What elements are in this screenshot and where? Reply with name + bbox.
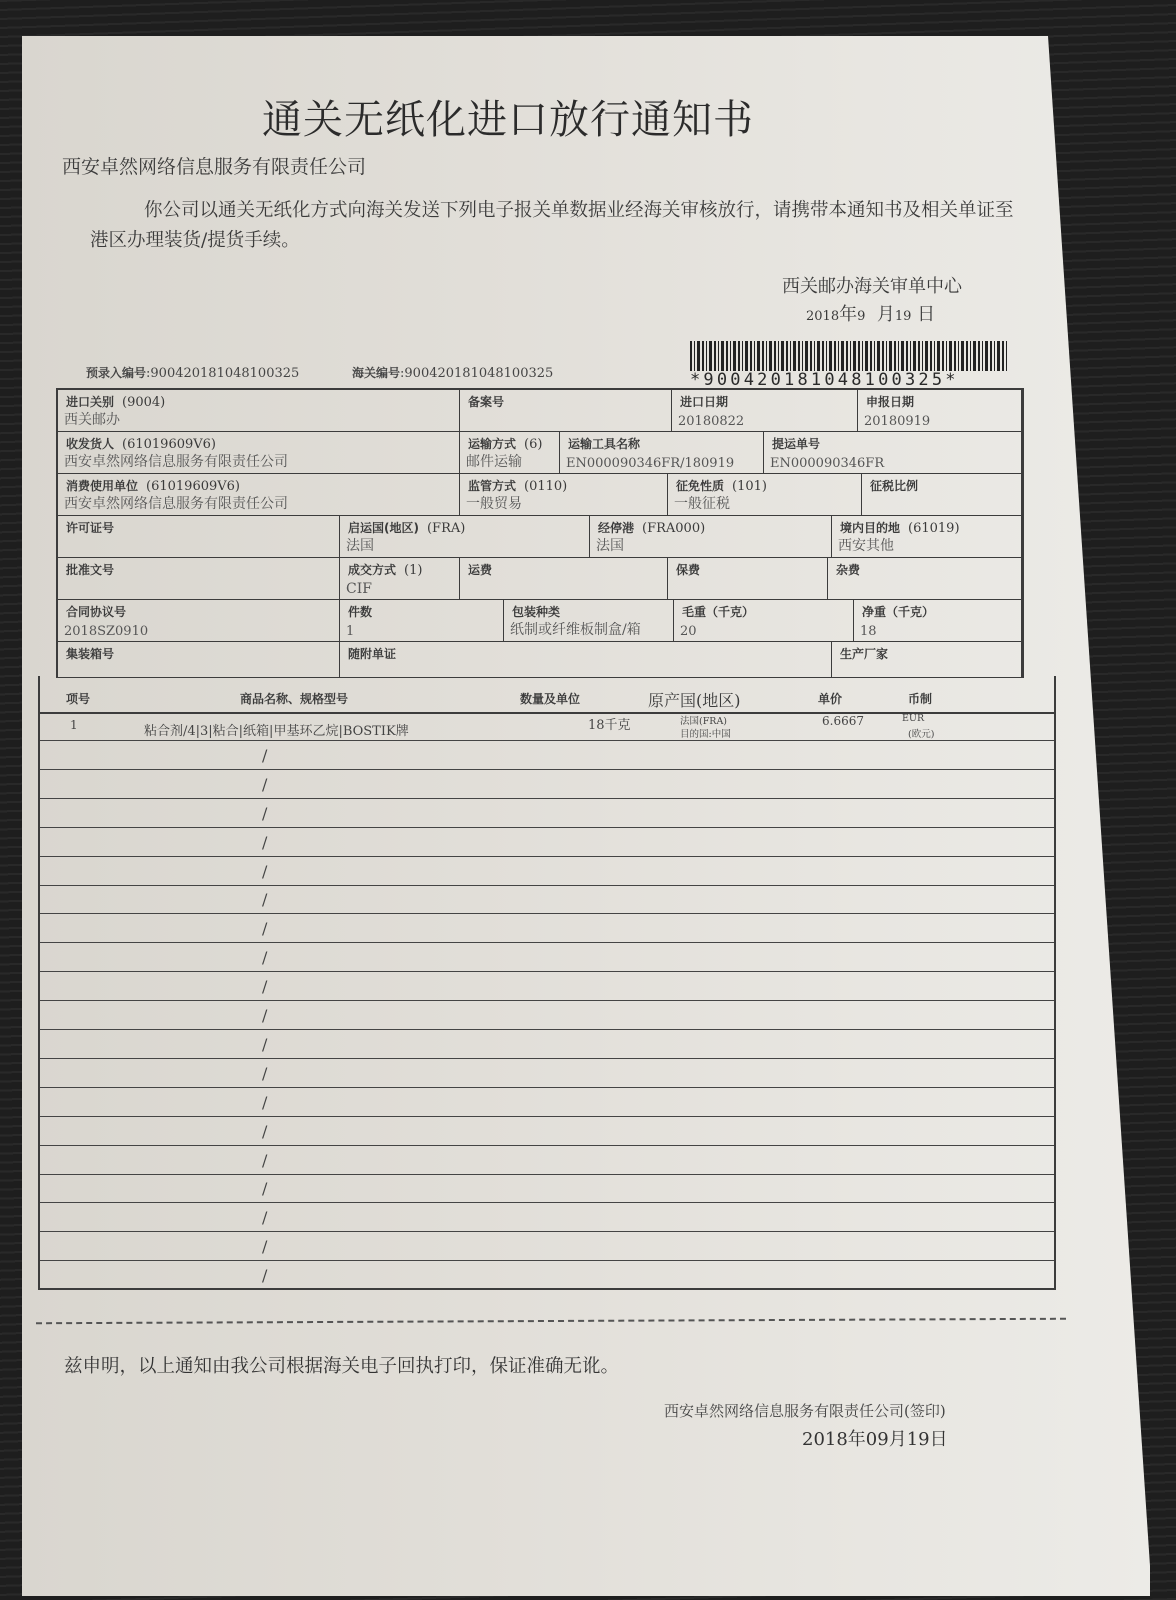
customs-number: 海关编号:900420181048100325	[352, 364, 553, 381]
empty-marker: /	[262, 833, 267, 852]
field-label: 境内目的地(61019)	[840, 519, 960, 536]
field-label: 净重（千克）	[862, 603, 934, 620]
field-packages: 件数1	[340, 600, 504, 642]
field-code: (1)	[404, 563, 422, 578]
field-import-date: 进口日期20180822	[672, 390, 858, 432]
table-row-empty: /	[40, 885, 1054, 914]
field-label: 合同协议号	[66, 603, 126, 620]
issue-year: 2018	[806, 309, 839, 324]
field-consignee: 收发货人(61019609V6)西安卓然网络信息服务有限责任公司	[58, 432, 460, 474]
field-label: 包装种类	[512, 603, 560, 620]
field-destination: 境内目的地(61019)西安其他	[832, 516, 1022, 558]
empty-marker: /	[262, 1006, 267, 1025]
table-row-empty: /	[40, 1030, 1054, 1059]
empty-marker: /	[262, 1237, 267, 1256]
empty-marker: /	[262, 1122, 267, 1141]
field-value: 20	[680, 624, 697, 639]
field-supervision: 监管方式(0110)一般贸易	[460, 474, 668, 516]
field-contract-no: 合同协议号2018SZ0910	[58, 600, 340, 642]
field-value: 1	[346, 624, 354, 639]
items-table-header: 项号 商品名称、规格型号 数量及单位 原产国(地区) 单价 币制	[40, 676, 1054, 714]
table-row-empty: /	[40, 1261, 1054, 1289]
field-value: EN000090346FR	[770, 456, 884, 471]
field-value: 18	[860, 624, 877, 639]
table-row-empty: /	[40, 1232, 1054, 1261]
field-label: 备案号	[468, 393, 504, 410]
field-value: 一般贸易	[466, 493, 522, 513]
field-record-no: 备案号	[460, 390, 672, 432]
table-row-empty: /	[40, 1203, 1054, 1232]
field-label: 运费	[468, 561, 492, 578]
signature: 西安卓然网络信息服务有限责任公司(签印)	[664, 1400, 946, 1421]
field-approval-no: 批准文号	[58, 558, 340, 600]
header-unit-price: 单价	[818, 690, 842, 707]
field-label: 进口日期	[680, 393, 728, 410]
field-transport-mode: 运输方式(6)邮件运输	[460, 432, 560, 474]
table-row-empty: /	[40, 799, 1054, 828]
barcode	[690, 341, 1008, 371]
item-no: 1	[70, 718, 78, 732]
field-value: 20180919	[864, 414, 930, 429]
field-value: 法国	[596, 535, 624, 555]
items-table: 项号 商品名称、规格型号 数量及单位 原产国(地区) 单价 币制 1粘合剂/4|…	[38, 676, 1056, 1290]
table-row-empty: /	[40, 1088, 1054, 1117]
customs-value: :900420181048100325	[400, 366, 553, 381]
field-label: 征税比例	[870, 477, 918, 494]
field-label: 许可证号	[66, 519, 114, 536]
field-label: 集装箱号	[66, 645, 114, 662]
header-product-name: 商品名称、规格型号	[240, 690, 348, 707]
header-quantity: 数量及单位	[520, 690, 580, 707]
empty-marker: /	[262, 1179, 267, 1198]
month-char: 月	[877, 304, 895, 325]
quantity: 18千克	[588, 714, 631, 733]
pre-entry-value: :900420181048100325	[146, 366, 299, 381]
field-label: 提运单号	[772, 435, 820, 452]
table-row-empty: /	[40, 770, 1054, 799]
empty-marker: /	[262, 775, 267, 794]
table-row-empty: /	[40, 972, 1054, 1001]
currency-code: EUR	[902, 713, 924, 724]
field-label: 征免性质(101)	[676, 477, 767, 494]
empty-marker: /	[262, 746, 267, 765]
empty-marker: /	[262, 1151, 267, 1170]
declaration-text: 兹申明，以上通知由我公司根据海关电子回执打印，保证准确无讹。	[64, 1352, 619, 1378]
field-value: 西安其他	[838, 535, 894, 555]
field-documents: 随附单证	[340, 642, 832, 678]
field-value: 西安卓然网络信息服务有限责任公司	[64, 451, 288, 471]
field-value: 西关邮办	[64, 409, 120, 429]
pre-entry-number: 预录入编号:900420181048100325	[86, 364, 299, 381]
field-net-weight: 净重（千克）18	[854, 600, 1022, 642]
unit-price: 6.6667	[822, 714, 864, 728]
notice-paragraph: 你公司以通关无纸化方式向海关发送下列电子报关单数据业经海关审核放行，请携带本通知…	[90, 196, 1030, 256]
empty-marker: /	[262, 1093, 267, 1112]
field-transport-name: 运输工具名称EN000090346FR/180919	[560, 432, 764, 474]
field-label: 消费使用单位(61019609V6)	[66, 477, 240, 494]
company-name: 西安卓然网络信息服务有限责任公司	[62, 152, 366, 179]
table-row: 1粘合剂/4|3|粘合|纸箱|甲基环乙烷|BOSTIK牌18千克法国(FRA)目…	[40, 712, 1054, 741]
table-row-empty: /	[40, 914, 1054, 943]
empty-marker: /	[262, 919, 267, 938]
field-value: 一般征税	[674, 493, 730, 513]
destination-country: 目的国:中国	[680, 726, 731, 740]
field-import-port: 进口关别(9004)西关邮办	[58, 390, 460, 432]
table-row-empty: /	[40, 857, 1054, 886]
empty-marker: /	[262, 977, 267, 996]
year-char: 年	[839, 304, 857, 325]
issue-month: 9	[857, 309, 865, 324]
field-label: 监管方式(0110)	[468, 477, 567, 494]
field-label: 申报日期	[866, 393, 914, 410]
field-label: 启运国(地区)(FRA)	[348, 519, 465, 536]
field-label: 保费	[676, 561, 700, 578]
table-row-empty: /	[40, 1174, 1054, 1203]
field-manufacturer: 生产厂家	[832, 642, 1022, 678]
field-origin-country: 启运国(地区)(FRA)法国	[340, 516, 590, 558]
product-name: 粘合剂/4|3|粘合|纸箱|甲基环乙烷|BOSTIK牌	[144, 720, 409, 739]
empty-marker: /	[262, 1208, 267, 1227]
empty-marker: /	[262, 1035, 267, 1054]
table-row-empty: /	[40, 943, 1054, 972]
origin: 法国(FRA)	[680, 713, 727, 727]
header-origin: 原产国(地区)	[648, 688, 741, 711]
field-code: (FRA000)	[642, 521, 705, 536]
field-label: 生产厂家	[840, 645, 888, 662]
field-value: 法国	[346, 535, 374, 555]
issue-date: 2018年9 月19 日	[806, 300, 935, 326]
field-label: 收发货人(61019609V6)	[66, 435, 216, 452]
field-value: 2018SZ0910	[64, 624, 148, 639]
issuer: 西关邮办海关审单中心	[782, 272, 962, 298]
field-label: 进口关别(9004)	[66, 393, 165, 410]
field-code: (FRA)	[427, 521, 465, 536]
footer-date: 2018年09月19日	[802, 1425, 948, 1451]
field-via-port: 经停港(FRA000)法国	[590, 516, 832, 558]
field-label: 运输方式(6)	[468, 435, 542, 452]
field-code: (6)	[524, 437, 542, 452]
field-levy-nature: 征免性质(101)一般征税	[668, 474, 862, 516]
field-value: 纸制或纤维板制盒/箱	[510, 619, 641, 639]
field-code: (61019609V6)	[146, 479, 240, 494]
field-deal-mode: 成交方式(1)CIF	[340, 558, 460, 600]
table-row-empty: /	[40, 828, 1054, 857]
table-row-empty: /	[40, 1146, 1054, 1175]
day-char: 日	[917, 304, 935, 325]
table-row-empty: /	[40, 1059, 1054, 1088]
barcode-text: *900420181048100325*	[690, 370, 959, 390]
pre-entry-label: 预录入编号	[86, 366, 146, 380]
field-misc: 杂费	[828, 558, 1022, 600]
field-code: (61019)	[908, 521, 960, 536]
field-code: (101)	[732, 479, 767, 494]
declaration-fields-grid: 进口关别(9004)西关邮办备案号进口日期20180822申报日期2018091…	[56, 388, 1024, 678]
field-license-no: 许可证号	[58, 516, 340, 558]
field-container-no: 集装箱号	[58, 642, 340, 678]
empty-marker: /	[262, 1266, 267, 1285]
header-item-no: 项号	[66, 690, 90, 707]
header-currency: 币制	[908, 690, 932, 707]
field-tax-ratio: 征税比例	[862, 474, 1022, 516]
field-value: 西安卓然网络信息服务有限责任公司	[64, 493, 288, 513]
empty-marker: /	[262, 948, 267, 967]
field-label: 成交方式(1)	[348, 561, 422, 578]
field-value: EN000090346FR/180919	[566, 456, 734, 471]
field-label: 杂费	[836, 561, 860, 578]
currency-name: (欧元)	[908, 726, 934, 740]
field-code: (61019609V6)	[122, 437, 216, 452]
field-label: 件数	[348, 603, 372, 620]
empty-marker: /	[262, 890, 267, 909]
document-title: 通关无纸化进口放行通知书	[262, 88, 754, 145]
field-code: (0110)	[524, 479, 567, 494]
field-insurance: 保费	[668, 558, 828, 600]
empty-marker: /	[262, 804, 267, 823]
empty-marker: /	[262, 1064, 267, 1083]
field-value: 邮件运输	[466, 451, 522, 471]
field-gross-weight: 毛重（千克）20	[674, 600, 854, 642]
table-row-empty: /	[40, 1117, 1054, 1146]
field-label: 批准文号	[66, 561, 114, 578]
field-consumer: 消费使用单位(61019609V6)西安卓然网络信息服务有限责任公司	[58, 474, 460, 516]
field-bill-no: 提运单号EN000090346FR	[764, 432, 1022, 474]
field-label: 随附单证	[348, 645, 396, 662]
field-label: 运输工具名称	[568, 435, 640, 452]
field-value: 20180822	[678, 414, 744, 429]
customs-label: 海关编号	[352, 366, 400, 380]
field-label: 毛重（千克）	[682, 603, 754, 620]
table-row-empty: /	[40, 1001, 1054, 1030]
table-row-empty: /	[40, 741, 1054, 770]
field-package-type: 包装种类纸制或纤维板制盒/箱	[504, 600, 674, 642]
field-freight: 运费	[460, 558, 668, 600]
issue-day: 19	[895, 309, 912, 324]
field-label: 经停港(FRA000)	[598, 519, 705, 536]
field-declare-date: 申报日期20180919	[858, 390, 1022, 432]
field-code: (9004)	[122, 395, 165, 410]
field-value: CIF	[346, 581, 372, 597]
empty-marker: /	[262, 862, 267, 881]
